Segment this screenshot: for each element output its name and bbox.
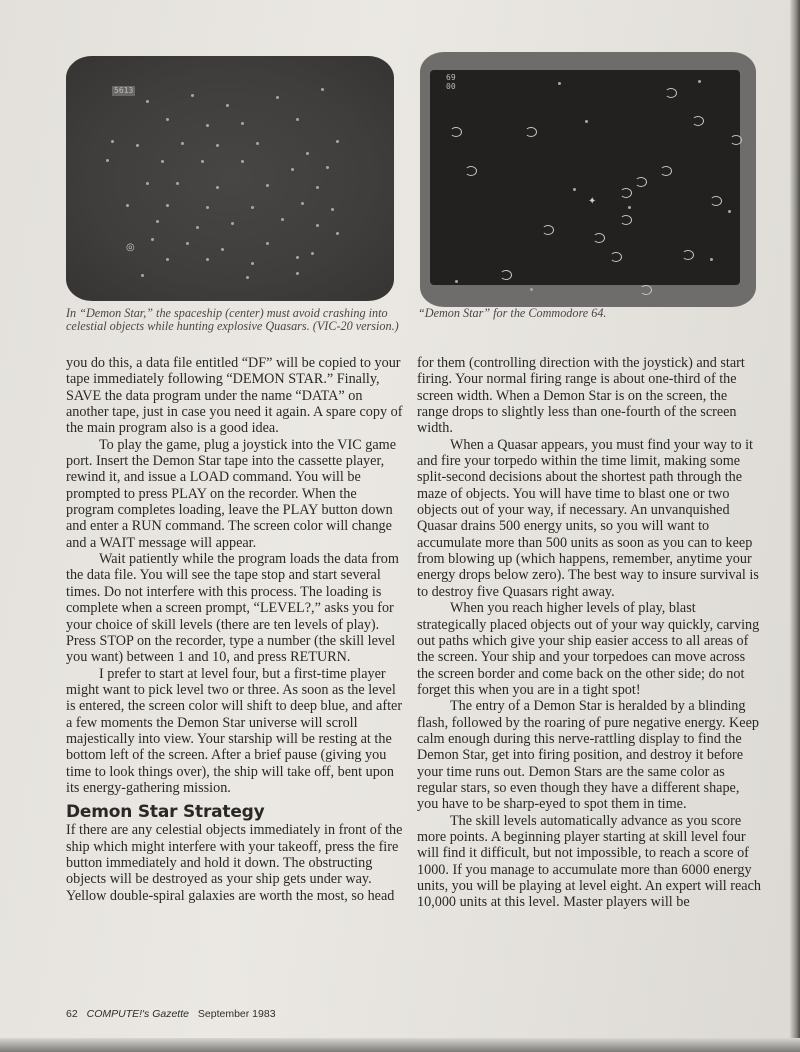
score-readout-top: 69 (446, 74, 456, 82)
body-paragraph: I prefer to start at level four, but a f… (66, 666, 406, 797)
body-paragraph: for them (controlling direction with the… (417, 355, 762, 437)
magazine-title: COMPUTE!'s Gazette (87, 1008, 189, 1020)
body-paragraph: The skill levels automatically advance a… (417, 813, 762, 911)
body-paragraph: When you reach higher levels of play, bl… (417, 600, 762, 698)
issue-date: September 1983 (198, 1008, 276, 1020)
figure-caption-vic20: In “Demon Star,” the spaceship (center) … (66, 307, 402, 333)
body-paragraph: If there are any celestial objects immed… (66, 822, 406, 904)
body-paragraph: When a Quasar appears, you must find you… (417, 437, 762, 600)
page-footer: 62 COMPUTE!'s Gazette September 1983 (66, 1008, 276, 1020)
player-ship-icon: ◎ (126, 242, 135, 253)
page-edge-shadow (790, 0, 800, 1052)
article-column-right: for them (controlling direction with the… (417, 355, 762, 911)
body-paragraph: The entry of a Demon Star is heralded by… (417, 698, 762, 812)
body-paragraph: To play the game, plug a joystick into t… (66, 437, 406, 551)
page-edge-shadow (0, 1038, 800, 1052)
body-paragraph: Wait patiently while the program loads t… (66, 551, 406, 665)
section-heading: Demon Star Strategy (66, 802, 406, 822)
figure-caption-c64: “Demon Star” for the Commodore 64. (418, 307, 754, 320)
score-readout-bottom: 00 (446, 83, 456, 91)
score-readout: 5613 (112, 86, 135, 96)
body-paragraph: you do this, a data file entitled “DF” w… (66, 355, 406, 437)
c64-screenshot: 69 00 ✦ (420, 52, 756, 307)
page-number: 62 (66, 1008, 78, 1020)
vic20-screenshot: 5613 ◎ (66, 56, 394, 301)
player-ship-icon: ✦ (588, 196, 596, 207)
article-column-left: you do this, a data file entitled “DF” w… (66, 355, 406, 904)
